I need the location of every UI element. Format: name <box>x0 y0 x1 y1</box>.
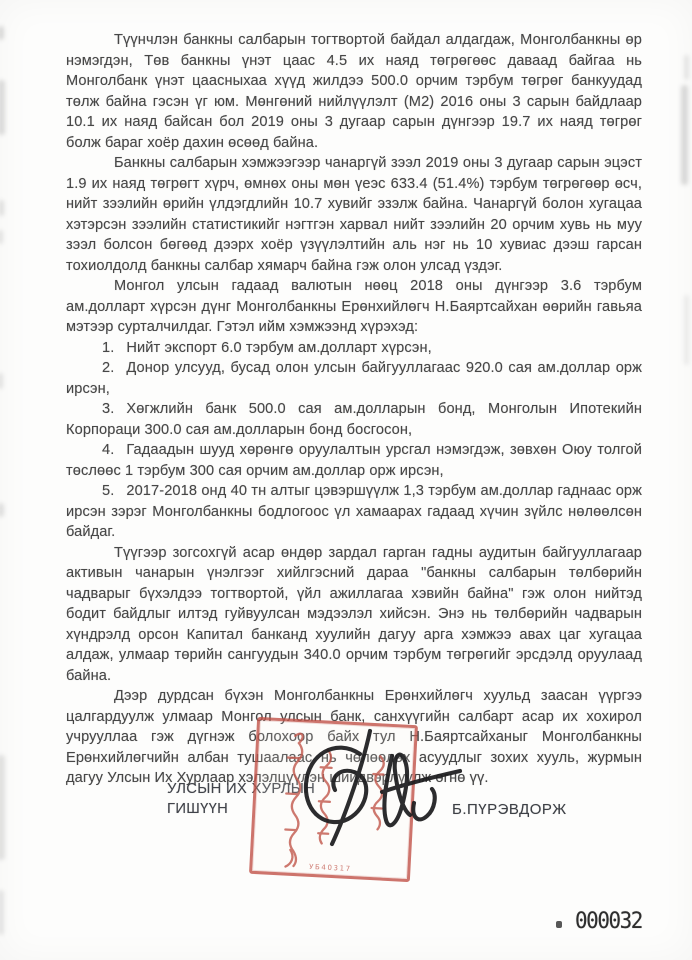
scan-smudge <box>0 890 4 935</box>
scan-smudge <box>684 295 689 365</box>
page-number-stamp: 000032 <box>575 909 642 934</box>
list-item-number: 2. <box>102 358 114 379</box>
list-item: 3.Хөгжлийн банк 500.0 сая ам.долларын бо… <box>66 399 642 440</box>
page-number-dot <box>556 921 562 928</box>
list-item-number: 3. <box>102 399 114 420</box>
scan-smudge <box>0 26 4 40</box>
paragraph-4: Түүгээр зогсохгүй асар өндөр зардал гарг… <box>66 543 642 687</box>
scan-smudge <box>0 80 5 135</box>
scan-smudge <box>0 755 5 860</box>
scanned-document-page: Түүнчлэн банкны салбарын тогтвортой байд… <box>0 0 692 960</box>
scan-smudge <box>684 55 689 80</box>
paragraph-1: Түүнчлэн банкны салбарын тогтвортой байд… <box>66 30 642 153</box>
signer-name: Б.ПҮРЭВДОРЖ <box>452 801 567 818</box>
stamp-serial: УБ40317 <box>309 863 352 873</box>
list-item: 4.Гадаадын шууд хөрөнгө оруулалтын урсга… <box>66 440 642 481</box>
list-item-number: 5. <box>102 481 114 502</box>
list-item: 5.2017-2018 онд 40 тн алтыг цэвэршүүлж 1… <box>66 481 642 543</box>
list-item-text: Нийт экспорт 6.0 тэрбум ам.долларт хүрсэ… <box>126 340 431 356</box>
list-item-text: Хөгжлийн банк 500.0 сая ам.долларын бонд… <box>66 401 642 438</box>
list-item: 2.Донор улсууд, бусад олон улсын байгуул… <box>66 358 642 399</box>
list-item-text: Гадаадын шууд хөрөнгө оруулалтын урсгал … <box>66 442 642 479</box>
handwritten-signature-icon <box>296 726 466 854</box>
list-item-number: 1. <box>102 338 114 359</box>
document-body: Түүнчлэн банкны салбарын тогтвортой байд… <box>66 30 642 789</box>
scan-smudge <box>0 373 3 389</box>
paragraph-2: Банкны салбарын хэмжээгээр чанаргүй зээл… <box>66 153 642 276</box>
numbered-list: 1.Нийт экспорт 6.0 тэрбум ам.долларт хүр… <box>66 338 642 543</box>
scan-smudge <box>0 230 3 244</box>
scan-smudge <box>681 85 688 185</box>
list-item-text: 2017-2018 онд 40 тн алтыг цэвэршүүлж 1,3… <box>66 483 642 540</box>
paragraph-3: Монгол улсын гадаад валютын нөөц 2018 он… <box>66 276 642 338</box>
list-item: 1.Нийт экспорт 6.0 тэрбум ам.долларт хүр… <box>66 338 642 359</box>
scan-smudge <box>0 503 4 517</box>
scan-smudge <box>0 200 4 216</box>
list-item-text: Донор улсууд, бусад олон улсын байгуулла… <box>66 360 642 397</box>
list-item-number: 4. <box>102 440 114 461</box>
